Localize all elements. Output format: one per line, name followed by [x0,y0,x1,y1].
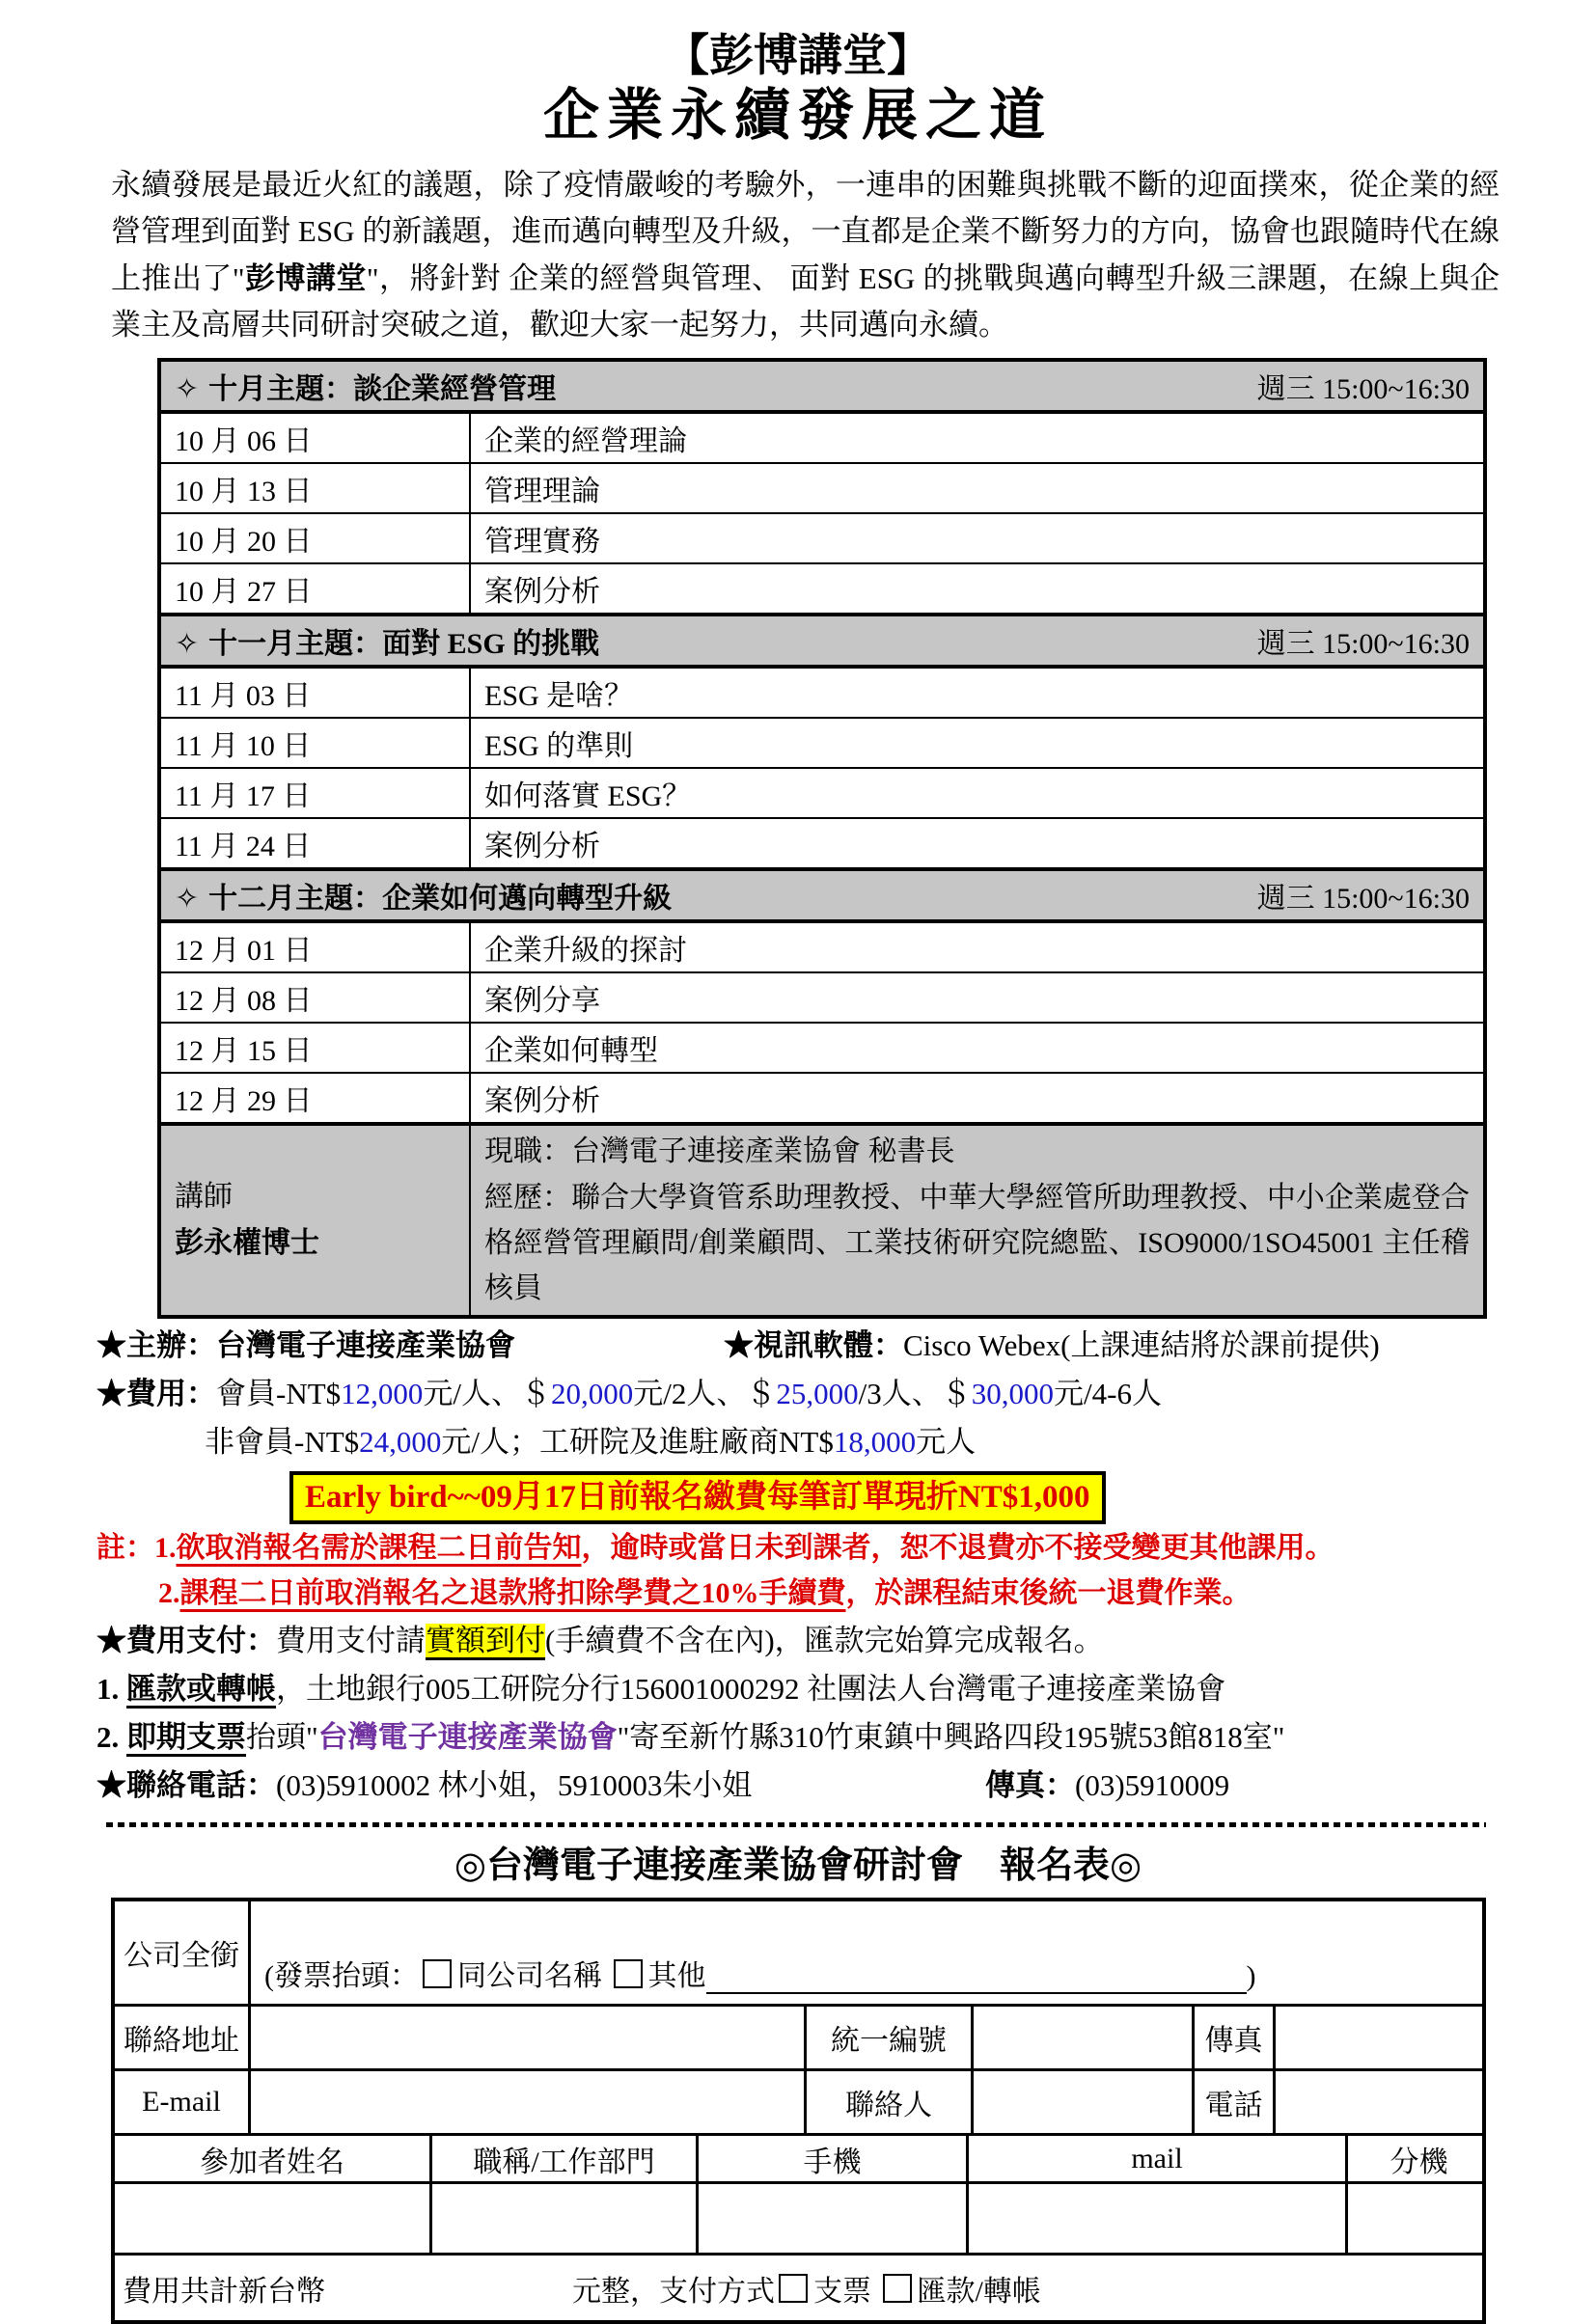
lecturer-history: 經歷：聯合大學資管系助理教授、中華大學經管所助理教授、中小企業處登合格經營管理顧… [484,1175,1470,1312]
checkbox-same-company-icon[interactable] [423,1959,452,1988]
schedule-row: 12 月 29 日案例分析 [159,1073,1485,1124]
invoice-option-same-company: 同公司名稱 [457,1960,602,1992]
form-row-company: 公司全銜 (發票抬頭：同公司名稱 其他) [115,1901,1482,2004]
video-software-label: ★視訊軟體： [724,1328,903,1362]
early-bird-banner: Early bird~~09月17日前報名繳費每筆訂單現折NT$1,000 [289,1471,1106,1524]
schedule-row: 10 月 20 日管理實務 [159,513,1485,563]
form-row-total: 費用共計新台幣元整，支付方式支票 匯款/轉帳 [115,2253,1482,2320]
fax-value: (03)5910009 [1075,1768,1229,1802]
participant-ext-field[interactable] [1345,2184,1490,2253]
tax-id-label: 統一編號 [804,2007,971,2068]
phone-label: 電話 [1192,2071,1273,2133]
registration-form-title: ◎台灣電子連接產業協會研討會 報名表◎ [96,1835,1500,1888]
fee-price: 30,000 [972,1377,1054,1410]
address-label: 聯絡地址 [115,2007,248,2068]
participant-title-field[interactable] [429,2184,696,2253]
contact-person-label: 聯絡人 [804,2071,971,2133]
checkbox-transfer-icon[interactable] [883,2274,912,2303]
schedule-date: 12 月 08 日 [159,972,470,1023]
schedule-topic: 案例分析 [470,563,1485,615]
schedule-date: 10 月 27 日 [159,563,470,615]
fax-label: 傳真： [985,1768,1075,1802]
fee-label: ★費用： [96,1377,216,1410]
note-underlined: 課程二日前取消報名之退款將扣除學費之10%手續費 [180,1577,846,1609]
lecturer-current-title: 現職：台灣電子連接產業協會 秘書長 [484,1129,1470,1174]
schedule-topic: ESG 是啥？ [470,667,1485,718]
lecturer-label: 講師 [175,1174,455,1220]
email-field[interactable] [248,2071,804,2133]
invoice-suffix: ) [1247,1960,1256,1992]
tax-id-field[interactable] [971,2007,1192,2068]
note-line-2: 2.課程二日前取消報名之退款將扣除學費之10%手續費，於課程結束後統一退費作業。 [158,1573,1500,1615]
contact-phone-value: (03)5910002 林小姐，5910003朱小姐 [276,1764,985,1807]
payment-highlight: 實額到付 [426,1624,545,1657]
payment-label: ★費用支付： [96,1624,276,1657]
sparkle-icon: ✧ [175,372,199,406]
schedule-topic: 管理實務 [470,513,1485,563]
participant-title-header: 職稱/工作部門 [429,2136,696,2181]
cheque-text: "寄至新竹縣310竹東鎮中興路四段195號53館818室" [618,1720,1285,1754]
fee-line-2: 非會員-NT$24,000元/人；工研院及進駐廠商NT$18,000元人 [205,1421,1500,1463]
schedule-row: 12 月 01 日企業升級的探討 [159,921,1485,972]
schedule-date: 10 月 06 日 [159,412,470,463]
participant-mail-field[interactable] [966,2184,1345,2253]
participant-mobile-header: 手機 [696,2136,966,2181]
schedule-table: ✧十月主題：談企業經營管理 週三 15:00~16:30 10 月 06 日企業… [157,358,1487,1319]
section-time: 週三 15:00~16:30 [1257,365,1470,407]
fee-price: 24,000 [359,1425,441,1459]
invoice-title-line: (發票抬頭：同公司名稱 其他) [264,1952,1256,1994]
cheque-payee-name: 台灣電子連接產業協會 [318,1720,618,1754]
fee-text: 元/4-6人 [1054,1377,1162,1410]
intro-text-bold: 彭博講堂 [245,261,367,295]
payment-text: (手續費不含在內)，匯款完始算完成報名。 [545,1624,1104,1657]
fee-price: 18,000 [834,1425,916,1459]
cheque-line: 2. 即期支票抬頭"台灣電子連接產業協會"寄至新竹縣310竹東鎮中興路四段195… [96,1716,1500,1759]
fee-price: 20,000 [551,1377,633,1410]
company-name-label: 公司全銜 [115,1901,248,2004]
fee-text: /3人、＄ [859,1377,972,1410]
participant-name-field[interactable] [115,2184,429,2253]
video-software-note: (上課連結將於課前提供) [1060,1328,1380,1362]
dashed-divider [106,1822,1486,1827]
fee-line-1: ★費用：會員-NT$12,000元/人、＄20,000元/2人、＄25,000/… [96,1373,1500,1415]
total-fee-cell: 費用共計新台幣元整，支付方式支票 匯款/轉帳 [115,2256,1482,2320]
schedule-row: 10 月 27 日案例分析 [159,563,1485,615]
schedule-section-header-oct: ✧十月主題：談企業經營管理 週三 15:00~16:30 [159,360,1485,412]
video-software-value: Cisco Webex [903,1328,1060,1362]
email-label: E-mail [115,2071,248,2133]
checkbox-cheque-icon[interactable] [779,2274,808,2303]
form-row-address: 聯絡地址 統一編號 傳真 [115,2004,1482,2068]
bank-transfer-label: 匯款或轉帳 [126,1672,276,1706]
item-number: 2. [96,1720,119,1754]
sparkle-icon: ✧ [175,882,199,916]
schedule-date: 12 月 01 日 [159,921,470,972]
schedule-topic: 企業升級的探討 [470,921,1485,972]
section-time: 週三 15:00~16:30 [1257,619,1470,662]
participant-name-header: 參加者姓名 [115,2136,429,2181]
company-name-field[interactable]: (發票抬頭：同公司名稱 其他) [248,1901,1482,2004]
contact-phone-label: ★聯絡電話： [96,1768,276,1802]
bank-transfer-line: 1. 匯款或轉帳，土地銀行005工研院分行156001000292 社團法人台灣… [96,1668,1500,1710]
schedule-row: 11 月 24 日案例分析 [159,818,1485,869]
schedule-topic: 案例分析 [470,1073,1485,1124]
schedule-topic: 案例分享 [470,972,1485,1023]
invoice-other-blank-field[interactable] [706,1963,1247,1994]
contact-line: ★聯絡電話：(03)5910002 林小姐，5910003朱小姐傳真：(03)5… [96,1764,1500,1807]
note-text: ，逾時或當日未到課者，恕不退費亦不接受變更其他課用。 [582,1532,1335,1564]
participant-mobile-field[interactable] [696,2184,966,2253]
intro-paragraph: 永續發展是最近火紅的議題，除了疫情嚴峻的考驗外，一連串的困難與挑戰不斷的迎面撲來… [111,162,1500,348]
bank-transfer-detail: ，土地銀行005工研院分行156001000292 社團法人台灣電子連接產業協會 [276,1672,1225,1706]
note-line-1: 註：1.欲取消報名需於課程二日前告知，逾時或當日未到課者，恕不退費亦不接受變更其… [96,1528,1500,1570]
schedule-date: 12 月 15 日 [159,1023,470,1073]
cheque-label: 即期支票 [126,1720,246,1754]
schedule-topic: 企業如何轉型 [470,1023,1485,1073]
schedule-topic: ESG 的準則 [470,718,1485,768]
fee-text: 元人 [916,1425,976,1459]
schedule-row: 12 月 15 日企業如何轉型 [159,1023,1485,1073]
schedule-topic: 案例分析 [470,818,1485,869]
schedule-date: 11 月 10 日 [159,718,470,768]
form-row-email: E-mail 聯絡人 電話 [115,2068,1482,2133]
pay-option-cheque: 支票 [813,2267,871,2310]
fee-text: 元/人；工研院及進駐廠商NT$ [441,1425,833,1459]
schedule-date: 11 月 17 日 [159,768,470,818]
note-label: 註：1. [96,1532,177,1564]
page-title: 企業永續發展之道 [96,84,1500,149]
schedule-date: 11 月 03 日 [159,667,470,718]
schedule-date: 11 月 24 日 [159,818,470,869]
page-title-bracket: 【彭博講堂】 [96,29,1500,82]
schedule-row: 11 月 10 日ESG 的準則 [159,718,1485,768]
total-fee-label: 費用共計新台幣 [123,2267,325,2310]
address-field[interactable] [248,2007,804,2068]
fee-text: 會員-NT$ [216,1377,341,1410]
lecturer-row: 講師 彭永權博士 現職：台灣電子連接產業協會 秘書長 經歷：聯合大學資管系助理教… [159,1124,1485,1317]
schedule-row: 12 月 08 日案例分享 [159,972,1485,1023]
schedule-date: 10 月 20 日 [159,513,470,563]
organizer-line: ★主辦：台灣電子連接產業協會★視訊軟體：Cisco Webex(上課連結將於課前… [96,1325,1500,1367]
participant-entry-row [115,2181,1482,2253]
fax-field[interactable] [1273,2007,1490,2068]
checkbox-other-icon[interactable] [614,1959,643,1988]
fee-text: 元/人、＄ [423,1377,551,1410]
early-bird-banner-wrap: Early bird~~09月17日前報名繳費每筆訂單現折NT$1,000 [96,1467,1500,1524]
payment-text: 費用支付請 [276,1624,426,1657]
schedule-section-header-nov: ✧十一月主題：面對 ESG 的挑戰 週三 15:00~16:30 [159,615,1485,667]
total-fee-unit: 元整，支付方式 [572,2267,775,2310]
pay-option-transfer: 匯款/轉帳 [918,2267,1041,2310]
participant-ext-header: 分機 [1345,2136,1490,2181]
invoice-option-other: 其他 [648,1960,706,1992]
schedule-row: 11 月 03 日ESG 是啥？ [159,667,1485,718]
cheque-text: 抬頭" [246,1720,318,1754]
schedule-date: 12 月 29 日 [159,1073,470,1124]
schedule-row: 10 月 06 日企業的經營理論 [159,412,1485,463]
organizer-name: 台灣電子連接產業協會 [216,1328,515,1362]
payment-method-line: ★費用支付：費用支付請實額到付(手續費不含在內)，匯款完始算完成報名。 [96,1620,1500,1662]
fee-text: 非會員-NT$ [205,1425,359,1459]
lecturer-name: 彭永權博士 [175,1220,455,1267]
fee-text: 元/2人、＄ [633,1377,776,1410]
section-title: 十月主題：談企業經營管理 [208,373,556,405]
fee-price: 12,000 [341,1377,423,1410]
schedule-topic: 企業的經營理論 [470,412,1485,463]
organizer-label: ★主辦： [96,1328,216,1362]
schedule-row: 11 月 17 日如何落實 ESG？ [159,768,1485,818]
note-underlined: 欲取消報名需於課程二日前告知 [177,1532,582,1564]
registration-form-table: 公司全銜 (發票抬頭：同公司名稱 其他) 聯絡地址 統一編號 傳真 E-mail… [111,1898,1486,2324]
section-title: 十二月主題：企業如何邁向轉型升級 [208,883,672,915]
section-title: 十一月主題：面對 ESG 的挑戰 [208,628,599,660]
document-page: 【彭博講堂】 企業永續發展之道 永續發展是最近火紅的議題，除了疫情嚴峻的考驗外，… [0,0,1596,2256]
note-text: ，於課程結束後統一退費作業。 [846,1577,1252,1609]
section-time: 週三 15:00~16:30 [1257,874,1470,916]
note-label: 2. [158,1577,180,1609]
fax-field-label: 傳真 [1192,2007,1273,2068]
item-number: 1. [96,1672,119,1706]
sparkle-icon: ✧ [175,627,199,661]
contact-person-field[interactable] [971,2071,1192,2133]
fee-price: 25,000 [776,1377,858,1410]
participant-header-row: 參加者姓名 職稱/工作部門 手機 mail 分機 [115,2133,1482,2181]
phone-field[interactable] [1273,2071,1490,2133]
participant-mail-header: mail [966,2136,1345,2181]
schedule-row: 10 月 13 日管理理論 [159,463,1485,513]
invoice-prefix: (發票抬頭： [264,1960,419,1992]
schedule-topic: 管理理論 [470,463,1485,513]
schedule-date: 10 月 13 日 [159,463,470,513]
schedule-section-header-dec: ✧十二月主題：企業如何邁向轉型升級 週三 15:00~16:30 [159,869,1485,921]
schedule-topic: 如何落實 ESG？ [470,768,1485,818]
